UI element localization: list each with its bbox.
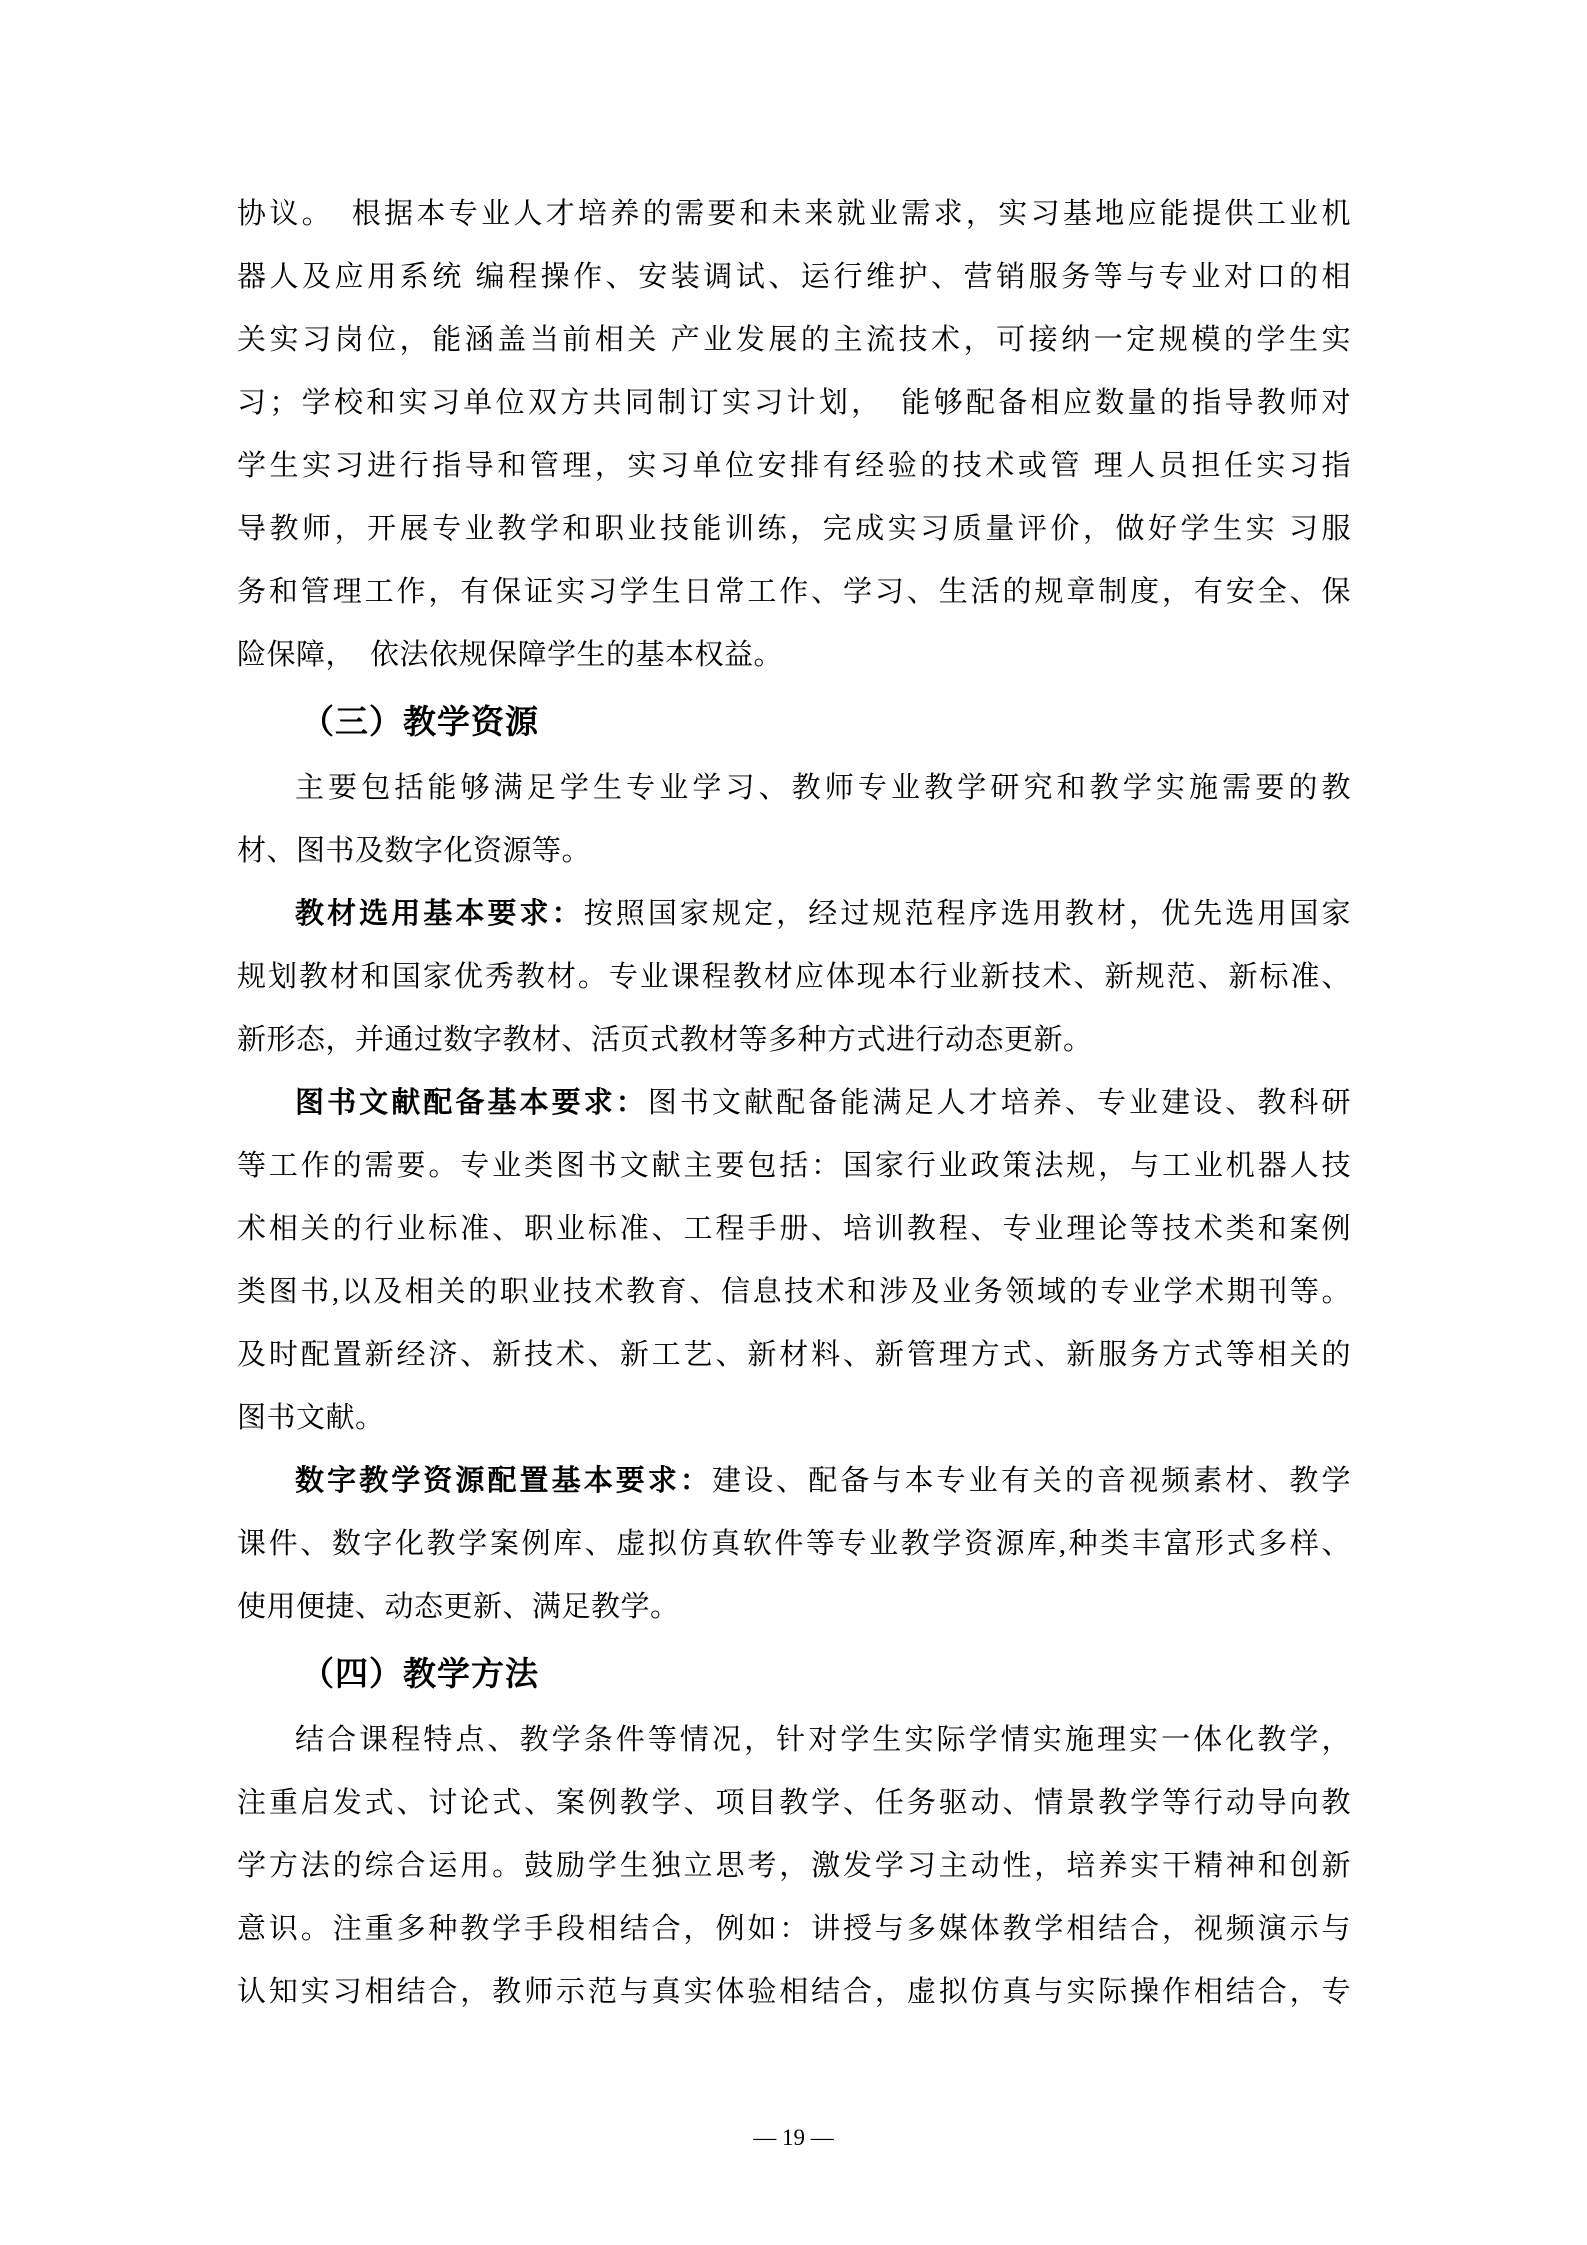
text-line: 认知实习相结合，教师示范与真实体验相结合，虚拟仿真与实际操作相结合，专 (237, 1961, 1351, 2024)
text-run: 导教师，开展专业教学和职业技能训练，完成实习质量评价，做好学生实 习服 (237, 513, 1351, 545)
text-line: 务和管理工作，有保证实习学生日常工作、学习、生活的规章制度，有安全、保 (237, 561, 1351, 624)
text-line: 协议。 根据本专业人才培养的需要和未来就业需求，实习基地应能提供工业机 (237, 183, 1351, 246)
bold-run: （四）教学方法 (301, 1655, 539, 1692)
text-line: 材、图书及数字化资源等。 (237, 820, 1351, 883)
text-line: 关实习岗位，能涵盖当前相关 产业发展的主流技术，可接纳一定规模的学生实 (237, 309, 1351, 372)
text-run: 规划教材和国家优秀教材。专业课程教材应体现本行业新技术、新规范、新标准、 (237, 961, 1351, 993)
document-body: 协议。 根据本专业人才培养的需要和未来就业需求，实习基地应能提供工业机器人及应用… (237, 183, 1351, 2024)
text-line: 学方法的综合运用。鼓励学生独立思考，激发学习主动性，培养实干精神和创新 (237, 1835, 1351, 1898)
text-line: 习；学校和实习单位双方共同制订实习计划， 能够配备相应数量的指导教师对 (237, 372, 1351, 435)
text-line: 等工作的需要。专业类图书文献主要包括：国家行业政策法规，与工业机器人技 (237, 1135, 1351, 1198)
text-run: 按照国家规定，经过规范程序选用教材，优先选用国家 (584, 898, 1351, 930)
text-line: 课件、数字化教学案例库、虚拟仿真软件等专业教学资源库,种类丰富形式多样、 (237, 1513, 1351, 1576)
text-run: 图书文献配备能满足人才培养、专业建设、教科研 (648, 1087, 1351, 1119)
text-line: 新形态，并通过数字教材、活页式教材等多种方式进行动态更新。 (237, 1009, 1351, 1072)
bold-run: 图书文献配备基本要求： (295, 1087, 648, 1119)
text-line: 规划教材和国家优秀教材。专业课程教材应体现本行业新技术、新规范、新标准、 (237, 946, 1351, 1009)
text-run: 注重启发式、讨论式、案例教学、项目教学、任务驱动、情景教学等行动导向教 (237, 1787, 1351, 1819)
text-run: 意识。注重多种教学手段相结合，例如：讲授与多媒体教学相结合，视频演示与 (237, 1913, 1351, 1945)
text-run: 关实习岗位，能涵盖当前相关 产业发展的主流技术，可接纳一定规模的学生实 (237, 324, 1351, 356)
text-line: 图书文献配备基本要求：图书文献配备能满足人才培养、专业建设、教科研 (237, 1072, 1351, 1135)
text-line: 导教师，开展专业教学和职业技能训练，完成实习质量评价，做好学生实 习服 (237, 498, 1351, 561)
text-line: 学生实习进行指导和管理，实习单位安排有经验的技术或管 理人员担任实习指 (237, 435, 1351, 498)
text-run: 课件、数字化教学案例库、虚拟仿真软件等专业教学资源库,种类丰富形式多样、 (237, 1528, 1351, 1560)
bold-run: 教材选用基本要求： (295, 898, 584, 930)
text-line: 图书文献。 (237, 1387, 1351, 1450)
text-line: 使用便捷、动态更新、满足教学。 (237, 1576, 1351, 1639)
text-line: 主要包括能够满足学生专业学习、教师专业教学研究和教学实施需要的教 (237, 757, 1351, 820)
text-line: 器人及应用系统 编程操作、安装调试、运行维护、营销服务等与专业对口的相 (237, 246, 1351, 309)
section-heading: （三）教学资源 (237, 687, 1351, 757)
text-run: 器人及应用系统 编程操作、安装调试、运行维护、营销服务等与专业对口的相 (237, 261, 1351, 293)
text-line: 术相关的行业标准、职业标准、工程手册、培训教程、专业理论等技术类和案例 (237, 1198, 1351, 1261)
text-run: 主要包括能够满足学生专业学习、教师专业教学研究和教学实施需要的教 (295, 772, 1351, 804)
text-run: 术相关的行业标准、职业标准、工程手册、培训教程、专业理论等技术类和案例 (237, 1213, 1351, 1245)
bold-run: 数字教学资源配置基本要求： (295, 1465, 712, 1497)
page-number: — 19 — (0, 2122, 1587, 2154)
text-run: 结合课程特点、教学条件等情况，针对学生实际学情实施理实一体化教学， (295, 1724, 1351, 1756)
text-line: 意识。注重多种教学手段相结合，例如：讲授与多媒体教学相结合，视频演示与 (237, 1898, 1351, 1961)
text-run: 建设、配备与本专业有关的音视频素材、教学 (712, 1465, 1351, 1497)
text-run: 协议。 根据本专业人才培养的需要和未来就业需求，实习基地应能提供工业机 (237, 198, 1351, 230)
text-run: 习；学校和实习单位双方共同制订实习计划， 能够配备相应数量的指导教师对 (237, 387, 1351, 419)
text-run: 使用便捷、动态更新、满足教学。 (237, 1591, 680, 1623)
text-line: 注重启发式、讨论式、案例教学、项目教学、任务驱动、情景教学等行动导向教 (237, 1772, 1351, 1835)
text-run: 等工作的需要。专业类图书文献主要包括：国家行业政策法规，与工业机器人技 (237, 1150, 1351, 1182)
text-run: 新形态，并通过数字教材、活页式教材等多种方式进行动态更新。 (237, 1024, 1093, 1056)
text-line: 及时配置新经济、新技术、新工艺、新材料、新管理方式、新服务方式等相关的 (237, 1324, 1351, 1387)
text-run: 学方法的综合运用。鼓励学生独立思考，激发学习主动性，培养实干精神和创新 (237, 1850, 1351, 1882)
text-run: 图书文献。 (237, 1402, 385, 1434)
text-run: 材、图书及数字化资源等。 (237, 835, 591, 867)
text-line: 数字教学资源配置基本要求：建设、配备与本专业有关的音视频素材、教学 (237, 1450, 1351, 1513)
bold-run: （三）教学资源 (301, 703, 539, 740)
text-line: 结合课程特点、教学条件等情况，针对学生实际学情实施理实一体化教学， (237, 1709, 1351, 1772)
text-line: 类图书,以及相关的职业技术教育、信息技术和涉及业务领域的专业学术期刊等。 (237, 1261, 1351, 1324)
document-page: 协议。 根据本专业人才培养的需要和未来就业需求，实习基地应能提供工业机器人及应用… (0, 0, 1587, 2245)
text-run: 务和管理工作，有保证实习学生日常工作、学习、生活的规章制度，有安全、保 (237, 576, 1351, 608)
text-run: 学生实习进行指导和管理，实习单位安排有经验的技术或管 理人员担任实习指 (237, 450, 1351, 482)
text-run: 认知实习相结合，教师示范与真实体验相结合，虚拟仿真与实际操作相结合，专 (237, 1976, 1351, 2008)
text-run: 险保障， 依法依规保障学生的基本权益。 (237, 639, 783, 671)
text-run: 类图书,以及相关的职业技术教育、信息技术和涉及业务领域的专业学术期刊等。 (237, 1276, 1351, 1308)
text-line: 险保障， 依法依规保障学生的基本权益。 (237, 624, 1351, 687)
text-run: 及时配置新经济、新技术、新工艺、新材料、新管理方式、新服务方式等相关的 (237, 1339, 1351, 1371)
section-heading: （四）教学方法 (237, 1639, 1351, 1709)
text-line: 教材选用基本要求：按照国家规定，经过规范程序选用教材，优先选用国家 (237, 883, 1351, 946)
